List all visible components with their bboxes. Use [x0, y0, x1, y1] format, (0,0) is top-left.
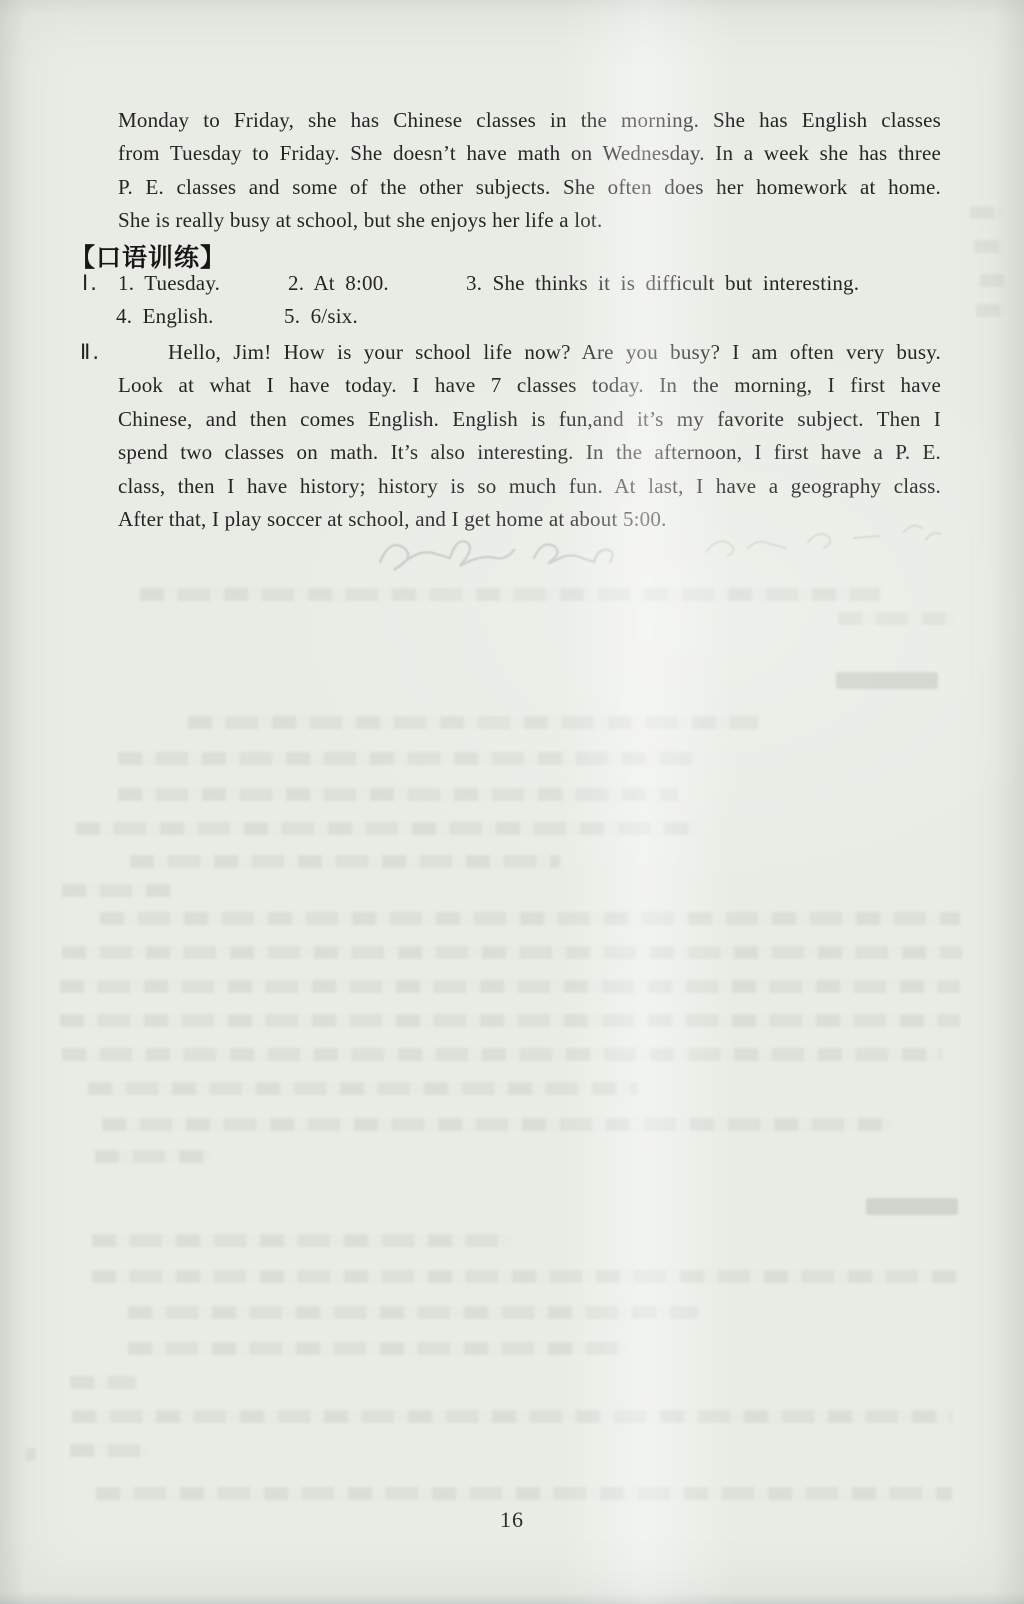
answer-item-2: 2. At 8:00.: [288, 271, 389, 296]
part2-numeral: Ⅱ.: [80, 340, 101, 364]
oral-training-header: 【口语训练】: [70, 238, 226, 274]
answer-item-5: 5. 6/six.: [284, 304, 358, 329]
page-number: 16: [0, 1507, 1024, 1533]
answer-item-1: 1. Tuesday.: [118, 271, 220, 296]
text-line: After that, I play soccer at school, and…: [118, 503, 941, 536]
text-line: spend two classes on math. It’s also int…: [118, 436, 941, 469]
part1-numeral: Ⅰ.: [82, 271, 99, 295]
text-line: Chinese, and then comes English. English…: [118, 403, 941, 436]
intro-paragraph: Monday to Friday, she has Chinese classe…: [118, 104, 941, 238]
text-line: Monday to Friday, she has Chinese classe…: [118, 104, 941, 137]
text-line: from Tuesday to Friday. She doesn’t have…: [118, 137, 941, 170]
scanned-workbook-page: { "document": { "intro_paragraph": { "li…: [0, 0, 1024, 1604]
text-line: Look at what I have today. I have 7 clas…: [118, 369, 941, 402]
page-content: Monday to Friday, she has Chinese classe…: [0, 0, 1024, 1604]
text-line: class, then I have history; history is s…: [118, 470, 941, 503]
text-line: She is really busy at school, but she en…: [118, 204, 941, 237]
text-line: P. E. classes and some of the other subj…: [118, 171, 941, 204]
text-line: Hello, Jim! How is your school life now?…: [118, 336, 941, 369]
part2-paragraph: Hello, Jim! How is your school life now?…: [118, 336, 941, 536]
answer-item-4: 4. English.: [116, 304, 214, 329]
answer-item-3: 3. She thinks it is difficult but intere…: [466, 271, 859, 296]
